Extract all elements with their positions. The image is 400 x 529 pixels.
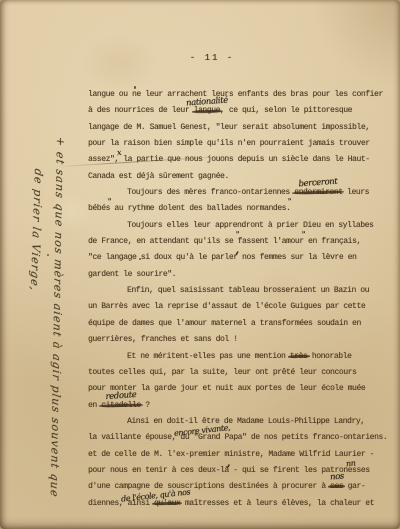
struck-word: citadelleredoute [101, 398, 141, 414]
typed-line: la vaillante épouse,encore vivante, du "… [88, 430, 390, 446]
typed-text-segment: la vaillante épouse, [88, 433, 176, 442]
typed-text-segment: "ce langage si doux qu'à le parler [88, 253, 238, 262]
struck-word: endormirontberceront [294, 185, 342, 201]
typed-text-segment: un Barrès avec la reprise d'assaut de l'… [88, 302, 365, 311]
typed-text-segment: à des nourrices de leur [88, 106, 194, 115]
typed-line: pour nous en tenir à ces deux-là, - qui … [88, 463, 390, 479]
typed-line: guerrières, franches et sans dol ! [88, 332, 390, 348]
margin-annotation-inner: + et sans que nos mères aient à agir plu… [48, 136, 67, 499]
typed-text-segment: Enfin, quel saisissant tableau brosserai… [127, 286, 369, 295]
typed-text-segment: Toujours des mères franco-ontariennes [127, 188, 294, 197]
strikethrough-text: qu'aux [154, 496, 180, 512]
typed-text-segment: nos femmes sur la lèvre en [238, 253, 357, 262]
ink-speck [134, 86, 136, 89]
typed-text-segment: Et ne méritent-elles pas une mention [127, 352, 290, 361]
typed-text-segment: au rythme dolent des ballades normandes. [110, 204, 290, 213]
typed-line: Toujours des mères franco-ontariennes en… [88, 185, 390, 201]
typed-line: à des nourrices de leur languenationalit… [88, 103, 390, 119]
typed-line: pour la raison bien simple qu'ils n'en p… [88, 136, 390, 152]
typed-text-segment: diennes, [88, 499, 123, 508]
margin-annotation-outer: de prier la Vierge, [28, 168, 45, 293]
typed-line: équipe de dames que l'amour maternel a t… [88, 316, 390, 332]
typed-text-segment: langue ou ne leur arrachent leurs enfant… [88, 90, 383, 99]
struck-word: très [290, 349, 308, 365]
struck-word: languenationalité [194, 103, 220, 119]
typed-line: un Barrès avec la reprise d'assaut de l'… [88, 299, 390, 315]
ink-speck [139, 258, 141, 260]
typed-text-segment: maîtresses et à leurs élèves, la chaleur… [180, 499, 374, 508]
typed-line: langage de M. Samuel Genest, "leur serai… [88, 120, 390, 136]
typed-text-segment: guerrières, franches et sans dol ! [88, 335, 238, 344]
typed-text-segment: Ainsi en doit-il être de Madame Louis-Ph… [127, 417, 365, 426]
typed-line: Canada est déjà sûrement gagnée. [88, 169, 390, 185]
struck-word: cesnos [330, 479, 343, 495]
strikethrough-text: très [290, 349, 308, 365]
typed-text-segment: équipe de dames que l'amour maternel a t… [88, 319, 361, 328]
typed-line: en citadelleredoute ? [88, 398, 390, 414]
typed-line: "ce langage si doux qu'à le parler, nos … [88, 250, 390, 266]
typed-text-segment: gardent le sourire". [88, 270, 176, 279]
typed-text-segment: fassent l'amour [238, 237, 304, 246]
handwritten-insertion-text: nn [345, 455, 356, 472]
struck-word: qu'aux [154, 496, 180, 512]
typed-line: langue ou ne leur arrachent leurs enfant… [88, 87, 390, 103]
typed-text-segment: toutes celles qui, par la suite, leur on… [88, 368, 356, 377]
typed-line: de France, en attendant qu'ils se "fasse… [88, 234, 390, 250]
typed-text-segment: de France, en attendant qu'ils se [88, 237, 238, 246]
typed-text-segment: pour nous en tenir à ces deux-là [88, 466, 229, 475]
typed-line: Ainsi en doit-il être de Madame Louis-Ph… [88, 414, 390, 430]
handwritten-correction: nos [329, 469, 344, 486]
typed-text-segment: Canada est déjà sûrement gagnée. [88, 172, 229, 181]
typed-line: Et ne méritent-elles pas une mention trè… [88, 349, 390, 365]
typed-text-segment: pour la raison bien simple qu'ils n'en p… [88, 139, 370, 148]
typed-text: langue ou ne leur arrachent leurs enfant… [88, 87, 390, 512]
typed-text-segment: et de celle de M. l'ex-premier ministre,… [88, 450, 374, 459]
typed-line: diennes,de l'école, qu'à nos ainsi qu'au… [88, 496, 390, 512]
typed-line: bébés" au rythme dolent des ballades nor… [88, 201, 390, 217]
ink-speck [47, 254, 49, 256]
typed-text-segment: langage de M. Samuel Genest, "leur serai… [88, 123, 370, 132]
typed-text-segment: , ce qui, selon le pittoresque [220, 106, 352, 115]
typed-text-segment: bébés [88, 204, 110, 213]
handwritten-correction: berceront [299, 174, 339, 193]
handwritten-correction: nationalité [185, 92, 228, 111]
typed-line: gardent le sourire". [88, 267, 390, 283]
typed-text-segment: en français, [304, 237, 361, 246]
typed-line: Enfin, quel saisissant tableau brosserai… [88, 283, 390, 299]
typed-text-segment: leurs [343, 188, 369, 197]
typed-text-segment: gar- [343, 482, 365, 491]
typed-text-segment: Toujours elles leur apprendront à prier … [127, 221, 373, 230]
typed-text-segment: d'une campagne de souscriptions destinée… [88, 482, 330, 491]
handwritten-insertion-text: , [227, 456, 230, 472]
typed-text-segment: honorable [307, 352, 351, 361]
scanned-page: - 11 - langue ou ne leur arrachent leurs… [0, 0, 400, 529]
typed-line: toutes celles qui, par la suite, leur on… [88, 365, 390, 381]
handwritten-correction: redoute [105, 387, 137, 405]
page-number: - 11 - [12, 53, 400, 63]
handwritten-insertion-text: , [236, 243, 239, 259]
